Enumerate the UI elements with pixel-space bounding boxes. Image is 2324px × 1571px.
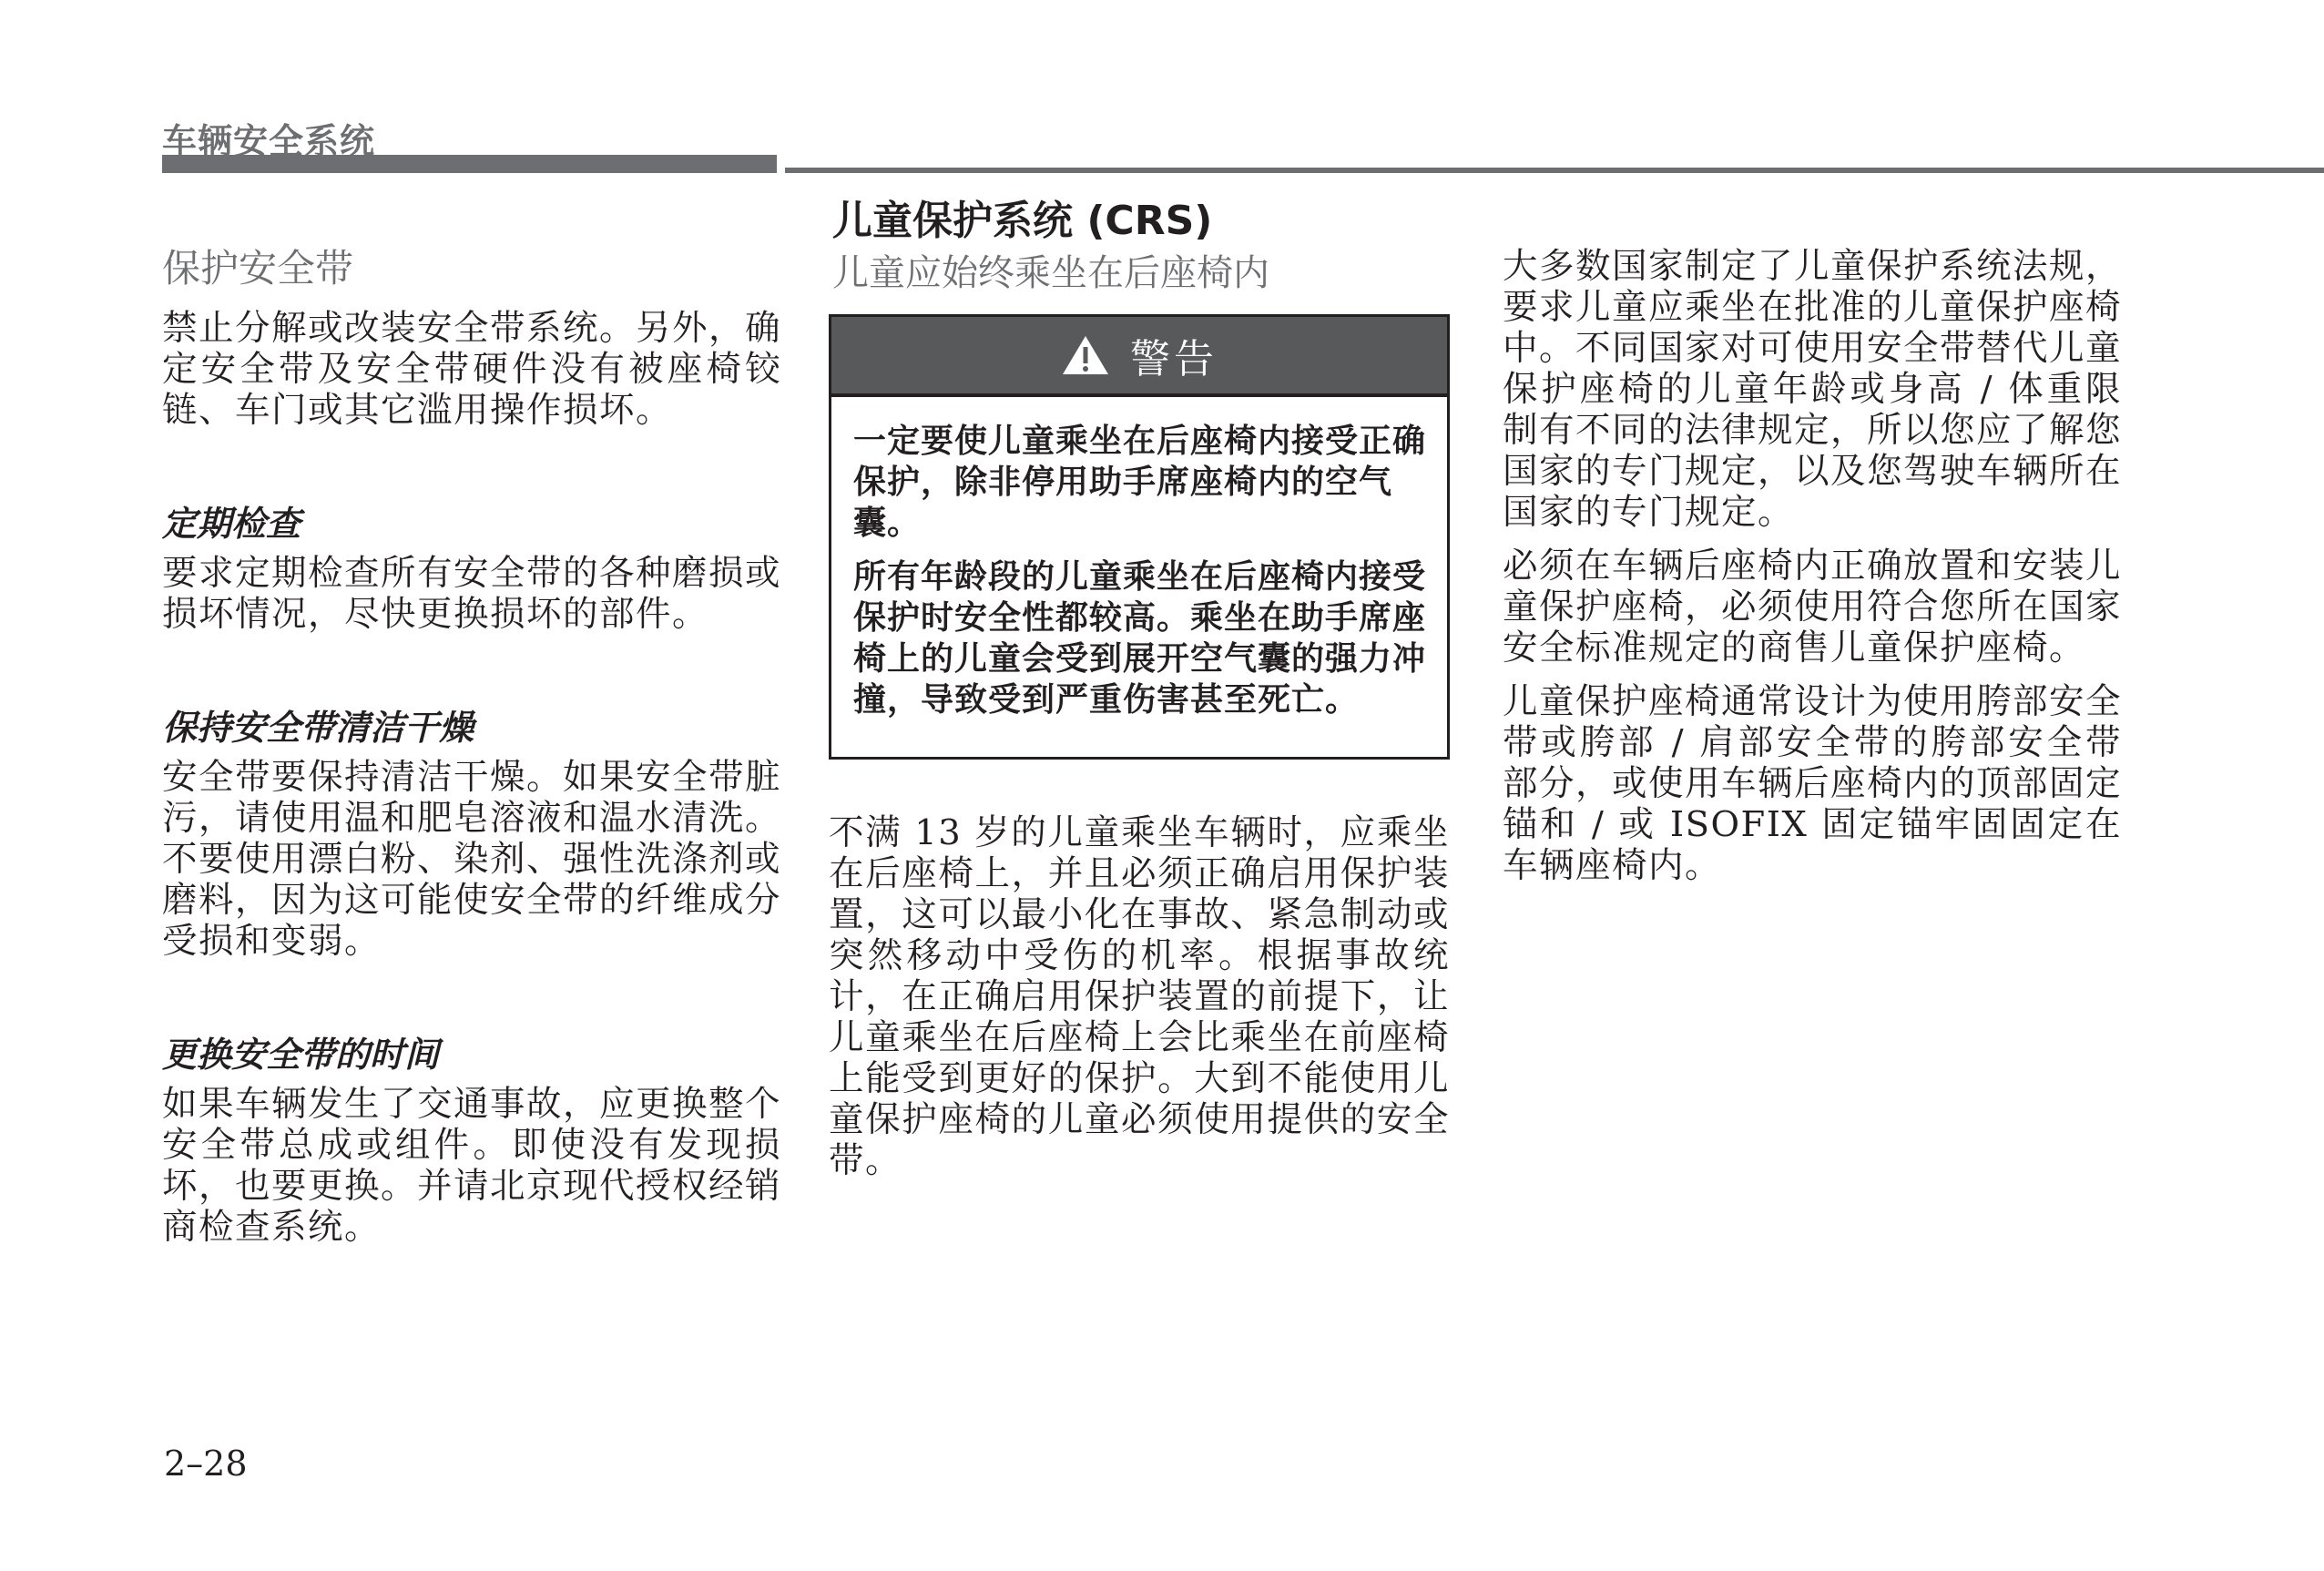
paragraph-under-13: 不满 13 岁的儿童乘坐车辆时，应乘坐在后座椅上，并且必须正确启用保护装置，这可… [829,812,1450,1181]
warning-box: 警告 一定要使儿童乘坐在后座椅内接受正确保护，除非停用助手席座椅内的空气囊。 所… [829,314,1450,760]
warning-paragraph: 所有年龄段的儿童乘坐在后座椅内接受保护时安全性都较高。乘坐在助手席座椅上的儿童会… [853,556,1427,720]
page-title: 儿童保护系统 (CRS) [832,196,1450,247]
warning-label: 警告 [1130,326,1218,384]
right-column: 大多数国家制定了儿童保护系统法规，要求儿童应乘坐在批准的儿童保护座椅中。不同国家… [1503,246,2122,899]
heading-replace-time: 更换安全带的时间 [162,1033,781,1076]
paragraph-keep-clean: 安全带要保持清洁干燥。如果安全带脏污，请使用温和肥皂溶液和温水清洗。不要使用漂白… [162,757,781,962]
paragraph-periodic-check: 要求定期检查所有安全带的各种磨损或损坏情况，尽快更换损坏的部件。 [162,553,781,635]
warning-body: 一定要使儿童乘坐在后座椅内接受正确保护，除非停用助手席座椅内的空气囊。 所有年龄… [831,397,1447,757]
heading-periodic-check: 定期检查 [162,502,781,546]
warning-header: 警告 [831,317,1447,397]
paragraph-replace-time: 如果车辆发生了交通事故，应更换整个安全带总成或组件。即使没有发现损坏，也要更换。… [162,1084,781,1248]
subtitle: 儿童应始终乘坐在后座椅内 [832,250,1450,296]
page-number: 2–28 [164,1443,248,1484]
paragraph-isofix: 儿童保护座椅通常设计为使用胯部安全带或胯部 / 肩部安全带的胯部安全带部分，或使… [1503,681,2122,886]
heading-protect-seatbelt: 保护安全带 [162,246,781,291]
left-column: 保护安全带 禁止分解或改装安全带系统。另外，确定安全带及安全带硬件没有被座椅铰链… [162,246,781,1260]
middle-column: 儿童保护系统 (CRS) 儿童应始终乘坐在后座椅内 警告 一定要使儿童乘坐在后座… [829,196,1450,1194]
warning-triangle-icon [1061,334,1110,376]
warning-paragraph: 一定要使儿童乘坐在后座椅内接受正确保护，除非停用助手席座椅内的空气囊。 [853,421,1427,544]
paragraph-intro: 禁止分解或改装安全带系统。另外，确定安全带及安全带硬件没有被座椅铰链、车门或其它… [162,308,781,431]
paragraph-regulations: 大多数国家制定了儿童保护系统法规，要求儿童应乘坐在批准的儿童保护座椅中。不同国家… [1503,246,2122,533]
heading-keep-clean: 保持安全带清洁干燥 [162,706,781,750]
header-bar [162,155,777,173]
paragraph-install: 必须在车辆后座椅内正确放置和安装儿童保护座椅，必须使用符合您所在国家安全标准规定… [1503,546,2122,668]
header-rule [785,168,2324,173]
